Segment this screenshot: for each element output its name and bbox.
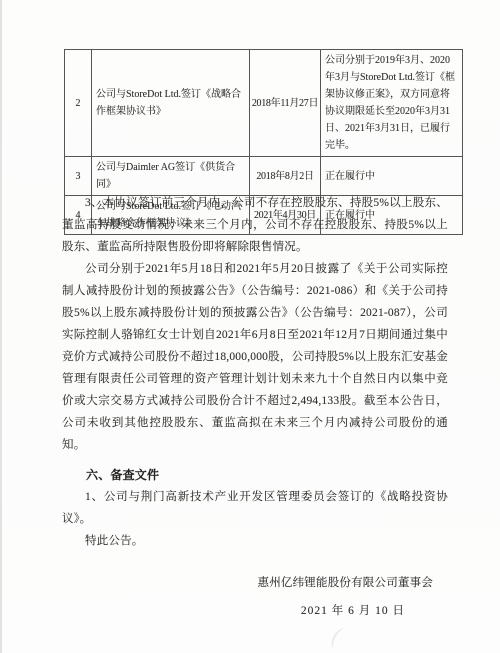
- signature-block: 惠州亿纬锂能股份有限公司董事会 2021 年 6 月 10 日: [62, 572, 448, 622]
- scan-artifact-mark: [329, 625, 353, 653]
- status-cell: 正在履行中: [321, 157, 463, 196]
- agreement-cell: 公司与StoreDot Ltd.签订《战略合作框架协议书》: [92, 50, 250, 157]
- paragraph-shareholding-status: 3、本协议签订前三个月内，公司不存在控股股东、持股5%以上股东、董监高持股变动情…: [62, 192, 448, 258]
- table-row: 2 公司与StoreDot Ltd.签订《战略合作框架协议书》 2018年11月…: [65, 50, 463, 157]
- sign-date-cell: 2018年8月2日: [250, 157, 321, 196]
- section-heading-reference-documents: 六、备查文件: [62, 464, 448, 486]
- issuer-board-name: 惠州亿纬锂能股份有限公司董事会: [62, 572, 448, 594]
- announcement-date: 2021 年 6 月 10 日: [62, 600, 448, 622]
- table-row: 3 公司与Daimler AG签订《供货合同》 2018年8月2日 正在履行中: [65, 157, 463, 196]
- agreement-cell: 公司与Daimler AG签订《供货合同》: [92, 157, 250, 196]
- paragraph-reduction-plans: 公司分别于2021年5月18日和2021年5月20日披露了《关于公司实际控制人减…: [62, 258, 448, 456]
- row-number-cell: 2: [65, 50, 92, 157]
- status-cell: 公司分别于2019年3月、2020年3月与StoreDot Ltd.签订《框架协…: [321, 50, 463, 157]
- reference-document-item: 1、公司与荆门高新技术产业开发区管理委员会签订的《战略投资协议》。: [62, 486, 448, 530]
- document-page: 2 公司与StoreDot Ltd.签订《战略合作框架协议书》 2018年11月…: [0, 0, 500, 653]
- row-number-cell: 3: [65, 157, 92, 196]
- sign-date-cell: 2018年11月27日: [250, 50, 321, 157]
- page-left-edge-shadow: [0, 0, 2, 653]
- announcement-body: 3、本协议签订前三个月内，公司不存在控股股东、持股5%以上股东、董监高持股变动情…: [62, 192, 448, 622]
- closing-statement: 特此公告。: [62, 530, 448, 552]
